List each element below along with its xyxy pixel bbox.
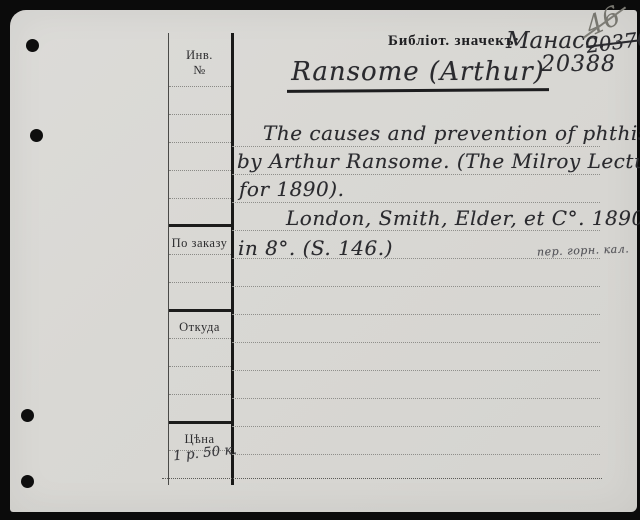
ruled-line — [169, 198, 231, 199]
punch-hole — [21, 409, 34, 422]
punch-hole — [21, 475, 34, 488]
inventory-label-line2: № — [168, 63, 231, 78]
catalog-card: Инв. № По заказу Откуда Цѣна 1 р. 50 к. … — [10, 10, 637, 512]
ruled-line — [232, 314, 600, 315]
entry-line: London, Smith, Elder, et C°. 1890 — [286, 206, 640, 230]
author-underline — [287, 88, 549, 92]
ruled-line — [232, 146, 600, 147]
author-heading: Ransome (Arthur) — [287, 57, 549, 87]
inventory-label-line1: Инв. — [168, 48, 231, 63]
origin-label: Откуда — [168, 320, 231, 335]
scan-background: { "document_type": "library-catalog-card… — [0, 0, 640, 520]
shelf-number: 20388 — [541, 52, 616, 77]
ruled-line — [232, 174, 600, 175]
ruled-line — [169, 282, 231, 283]
ruled-line — [169, 394, 231, 395]
ruled-line — [169, 170, 231, 171]
section-divider — [169, 309, 231, 312]
entry-line: The causes and prevention of phthisis — [263, 121, 640, 145]
ruled-line — [169, 338, 231, 339]
ruled-line — [232, 286, 600, 287]
order-label: По заказу — [168, 236, 231, 251]
punch-hole — [30, 129, 43, 142]
entry-line: for 1890). — [239, 177, 344, 201]
ruled-line — [232, 370, 600, 371]
inventory-number-label: Инв. № — [168, 48, 231, 78]
ruled-line — [169, 366, 231, 367]
ruled-line — [232, 454, 600, 455]
ruled-line — [169, 254, 231, 255]
entry-line: by Arthur Ransome. (The Milroy Lectures — [237, 149, 640, 173]
bottom-rule — [162, 478, 602, 479]
ruled-line — [169, 86, 231, 87]
punch-hole — [26, 39, 39, 52]
margin-note: пер. горн. кал. — [537, 242, 630, 258]
section-divider — [169, 421, 231, 424]
library-mark-label: Библіот. значекъ: — [388, 33, 520, 50]
ruled-line — [232, 342, 600, 343]
entry-line: in 8°. (S. 146.) — [238, 236, 393, 260]
ruled-line — [169, 142, 231, 143]
ruled-line — [232, 426, 600, 427]
section-divider — [169, 224, 231, 227]
column-border-left — [168, 33, 169, 485]
column-border-right — [231, 33, 234, 485]
ruled-line — [232, 202, 600, 203]
ruled-line — [232, 230, 600, 231]
ruled-line — [169, 114, 231, 115]
ruled-line — [232, 398, 600, 399]
